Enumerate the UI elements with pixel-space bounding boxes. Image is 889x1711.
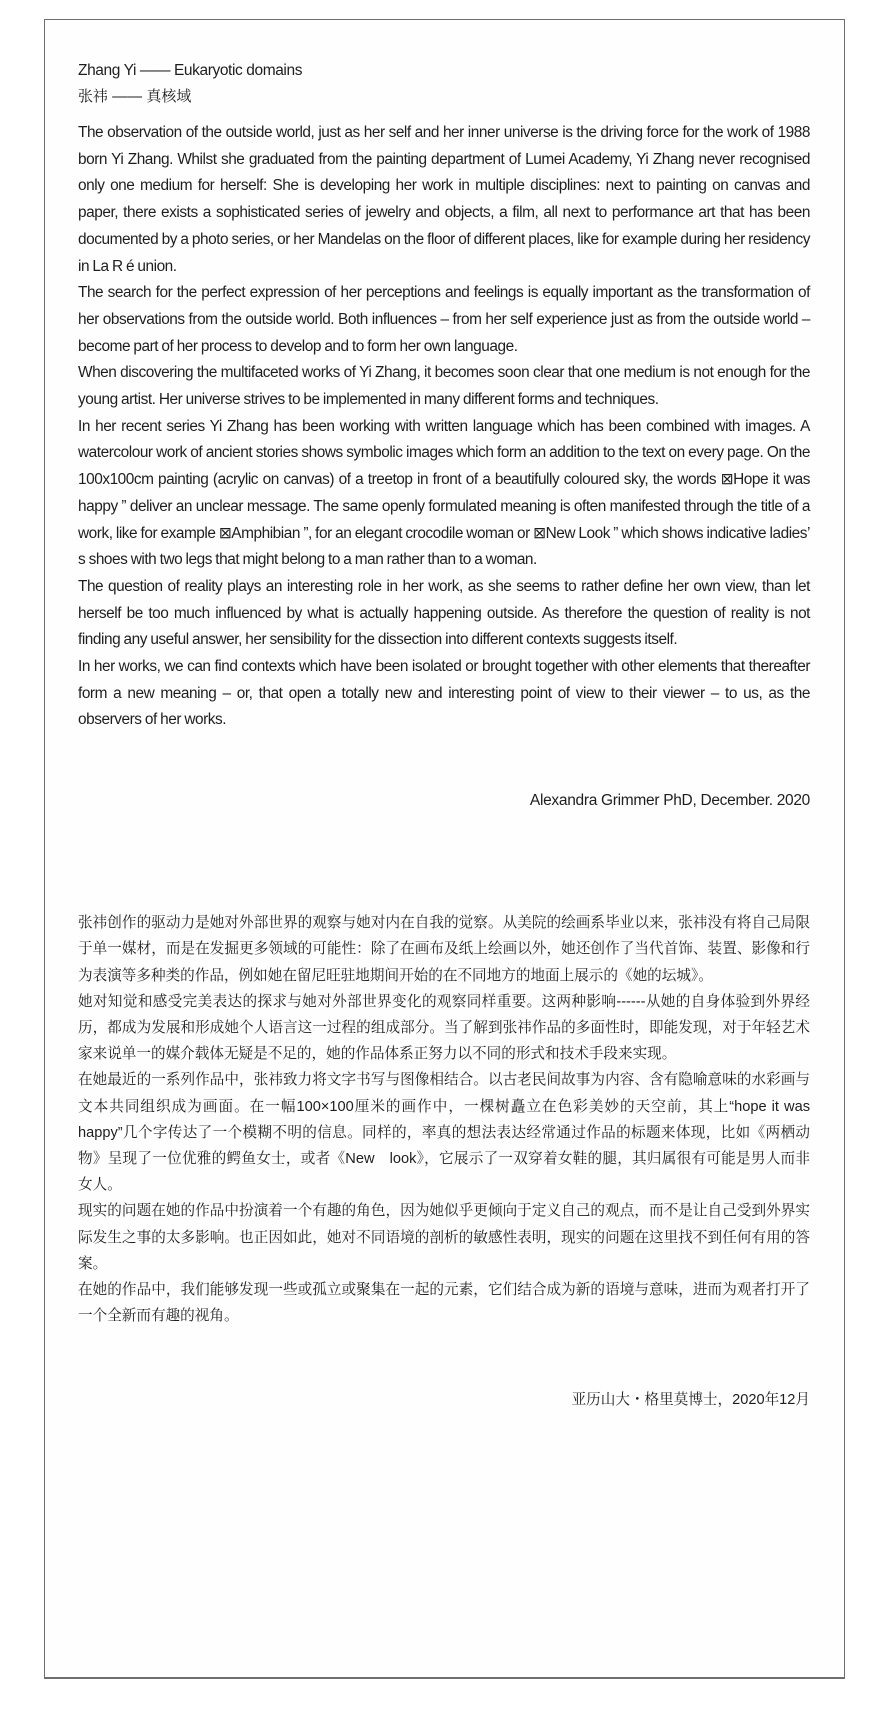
english-paragraph: In her works, we can find contexts which… [78, 654, 810, 734]
chinese-paragraph: 在她的作品中，我们能够发现一些或孤立或聚集在一起的元素，它们结合成为新的语境与意… [78, 1277, 810, 1329]
chinese-paragraph: 在她最近的一系列作品中，张祎致力将文字书写与图像相结合。以古老民间故事为内容、含… [78, 1067, 810, 1198]
english-paragraph: In her recent series Yi Zhang has been w… [78, 414, 810, 574]
chinese-paragraph: 现实的问题在她的作品中扮演着一个有趣的角色，因为她似乎更倾向于定义自己的观点，而… [78, 1198, 810, 1277]
chinese-paragraph: 她对知觉和感受完美表达的探求与她对外部世界变化的观察同样重要。这两种影响----… [78, 989, 810, 1068]
english-paragraph: The question of reality plays an interes… [78, 574, 810, 654]
signature-english: Alexandra Grimmer PhD, December. 2020 [78, 788, 810, 814]
title-chinese: 张祎 —— 真核域 [78, 84, 810, 110]
english-paragraph: When discovering the multifaceted works … [78, 360, 810, 413]
title-english: Zhang Yi —— Eukaryotic domains [78, 58, 810, 84]
chinese-paragraph: 张祎创作的驱动力是她对外部世界的观察与她对内在自我的觉察。从美院的绘画系毕业以来… [78, 910, 810, 989]
english-paragraph: The search for the perfect expression of… [78, 280, 810, 360]
document-content: Zhang Yi —— Eukaryotic domains 张祎 —— 真核域… [78, 58, 810, 1413]
english-essay: The observation of the outside world, ju… [78, 120, 810, 734]
signature-chinese: 亚历山大・格里莫博士，2020年12月 [78, 1387, 810, 1413]
english-paragraph: The observation of the outside world, ju… [78, 120, 810, 280]
chinese-essay: 张祎创作的驱动力是她对外部世界的观察与她对内在自我的觉察。从美院的绘画系毕业以来… [78, 910, 810, 1329]
